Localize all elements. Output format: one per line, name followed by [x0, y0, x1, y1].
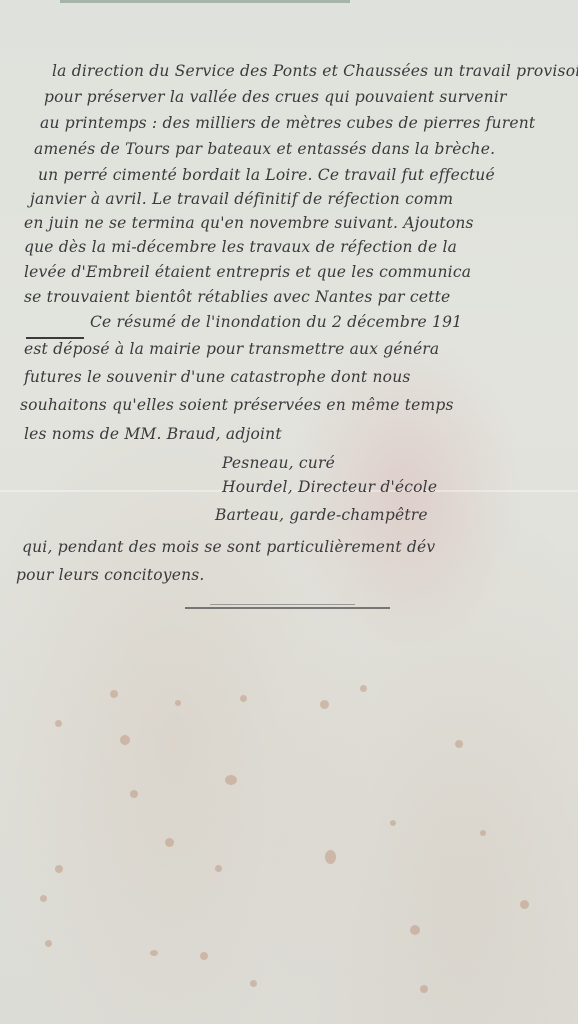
text-line: au printemps : des milliers de mètres cu… — [40, 114, 535, 132]
closing-rule — [185, 607, 390, 609]
text-line: un perré cimenté bordait la Loire. Ce tr… — [38, 166, 495, 184]
text-line: qui, pendant des mois se sont particuliè… — [22, 538, 435, 556]
text-line: que dès la mi-décembre les travaux de ré… — [24, 238, 457, 256]
text-line: futures le souvenir d'une catastrophe do… — [24, 368, 411, 386]
signatory-line: Pesneau, curé — [222, 454, 335, 472]
text-line: se trouvaient bientôt rétablies avec Nan… — [24, 288, 450, 306]
text-line: souhaitons qu'elles soient préservées en… — [20, 396, 454, 414]
text-line: levée d'Embreil étaient entrepris et que… — [24, 263, 471, 281]
signatory-line: Barteau, garde-champêtre — [215, 506, 428, 524]
signatory-line: Hourdel, Directeur d'école — [222, 478, 437, 496]
text-line: pour préserver la vallée des crues qui p… — [44, 88, 507, 106]
text-line: pour leurs concitoyens. — [16, 566, 205, 584]
text-line: les noms de MM. Braud, adjoint — [24, 425, 282, 443]
text-line: en juin ne se termina qu'en novembre sui… — [24, 214, 474, 232]
top-edge-strip — [60, 0, 350, 3]
closing-rule-upper — [210, 604, 355, 605]
text-line: est déposé à la mairie pour transmettre … — [24, 340, 439, 358]
text-line: la direction du Service des Ponts et Cha… — [52, 62, 578, 80]
text-line: amenés de Tours par bateaux et entassés … — [34, 140, 495, 158]
text-line: Ce résumé de l'inondation du 2 décembre … — [90, 313, 462, 331]
paragraph-dash — [26, 337, 84, 339]
text-line: janvier à avril. Le travail définitif de… — [30, 190, 453, 208]
